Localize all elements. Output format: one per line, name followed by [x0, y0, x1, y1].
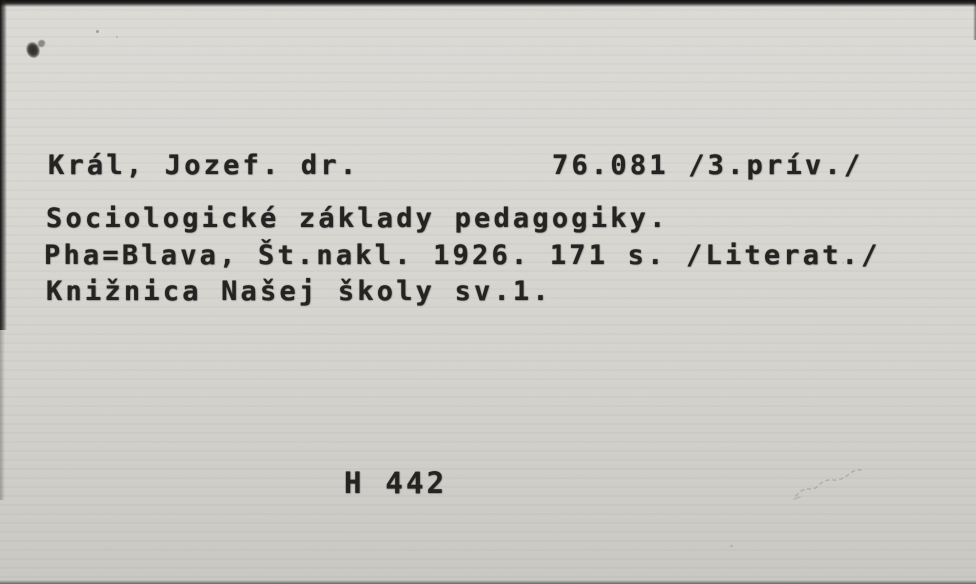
scan-edge-left — [0, 0, 7, 330]
imprint-line: Pha=Blava, Št.nakl. 1926. 171 s. /Litera… — [44, 240, 881, 271]
author-heading: Král, Jozef. dr. — [48, 150, 359, 181]
catalog-card-scan: Král, Jozef. dr. 76.081 /3.prív./ Sociol… — [0, 0, 976, 584]
scan-edge-left-fade — [0, 300, 5, 500]
scan-edge-bottom — [0, 580, 976, 584]
scan-edge-top — [0, 0, 976, 7]
ink-blot-mark — [16, 33, 49, 68]
series-line: Knižnica Našej školy sv.1. — [46, 276, 552, 307]
paper-speck — [96, 30, 99, 33]
paper-speck — [842, 262, 844, 264]
shelfmark: H 442 — [344, 466, 447, 500]
faint-pencil-mark — [792, 462, 888, 506]
title-line: Sociologické základy pedagogiky. — [46, 203, 669, 234]
paper-speck — [116, 36, 118, 38]
call-number: 76.081 /3.prív./ — [552, 150, 863, 181]
paper-speck — [730, 545, 733, 547]
